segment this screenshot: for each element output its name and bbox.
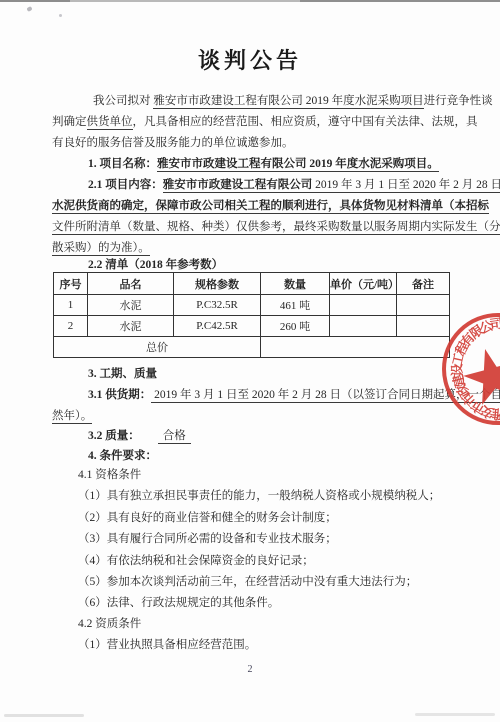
total-value-cell: [261, 337, 450, 358]
col-header-note: 备注: [397, 273, 450, 295]
scan-smudge: [415, 713, 495, 716]
section-1-project-name: 1. 项目名称：雅安市市政建设工程有限公司 2019 年度水泥采购项目。: [88, 155, 439, 171]
scan-smudge: [4, 714, 84, 717]
items-table: 序号 品名 规格参数 数量 单价（元/吨） 备注 1 水泥 P.C32.5R 4…: [53, 272, 450, 358]
section-2-1-line-2: 水泥供货商的确定，保障市政公司相关工程的顺利进行，具体货物见材料清单（本招标: [52, 197, 489, 213]
section-3-2-quality: 3.2 质量：合格: [88, 427, 191, 443]
cell-qty: 260 吨: [261, 316, 330, 337]
section-3-1-line-1: 3.1 供货期： 2019 年 3 月 1 日至 2020 年 2 月 28 日…: [88, 386, 500, 402]
section-2-1-line-1: 2.1 项目内容：雅安市市政建设工程有限公司 2019 年 3 月 1 日至 2…: [88, 176, 500, 192]
scan-speck: [59, 14, 62, 17]
scan-edge-artifact: [0, 0, 70, 2]
condition-item-6: （6）法律、行政法规规定的其他条件。: [78, 594, 279, 610]
table-header-row: 序号 品名 规格参数 数量 单价（元/吨） 备注: [54, 273, 450, 295]
condition-item-5: （5）参加本次谈判活动前三年，在经营活动中没有重大违法行为；: [78, 573, 417, 589]
condition-item-1: （1）具有独立承担民事责任的能力，一般纳税人资格或小规模纳税人；: [78, 487, 440, 503]
scanned-document-page: 谈判公告 我公司拟对 雅安市市政建设工程有限公司 2019 年度水泥采购项目进行…: [0, 0, 500, 722]
table-row: 1 水泥 P.C32.5R 461 吨: [54, 295, 450, 316]
col-header-price: 单价（元/吨）: [330, 273, 397, 295]
company-seal: 雅 安 市 市 政 建 设 工 程 有 限 公 司: [442, 313, 500, 433]
cell-spec: P.C42.5R: [174, 316, 261, 337]
section-2-2-heading: 2.2 清单（2018 年参考数）: [88, 256, 223, 272]
condition-item-4: （4）有依法纳税和社会保障资金的良好记录；: [78, 552, 314, 568]
page-number: 2: [0, 664, 500, 675]
cell-spec: P.C32.5R: [174, 295, 261, 316]
document-title: 谈判公告: [0, 44, 500, 75]
total-label-cell: 总价: [54, 337, 261, 358]
section-4-1-heading: 4.1 资格条件: [78, 466, 141, 482]
intro-line-1: 我公司拟对 雅安市市政建设工程有限公司 2019 年度水泥采购项目进行竞争性谈: [93, 92, 493, 108]
col-header-qty: 数量: [261, 273, 330, 295]
quality-value: 合格: [158, 430, 191, 444]
underlined-project-name: 雅安市市政建设工程有限公司 2019 年度水泥采购项目: [153, 95, 423, 109]
cell-seq: 2: [54, 316, 88, 337]
section-3-1-line-2: 然年）。: [52, 407, 92, 423]
col-header-seq: 序号: [54, 273, 88, 295]
intro-line-2: 判确定供货单位，凡具备相应的经营范围、相应资质，遵守中国有关法律、法规，具: [52, 113, 478, 129]
intro-line-3: 有良好的服务信誉及服务能力的单位诚邀参加。: [52, 134, 294, 150]
section-2-1-line-4: 散采购）的为准）。: [52, 239, 150, 255]
scan-edge-artifact: [300, 0, 500, 2]
cell-qty: 461 吨: [261, 295, 330, 316]
section-4-2-heading: 4.2 资质条件: [78, 615, 141, 631]
cell-price: [330, 316, 397, 337]
cell-item: 水泥: [88, 295, 174, 316]
underlined-supplier: 供货单位: [87, 116, 133, 130]
section-3-heading: 3. 工期、质量: [88, 365, 157, 381]
cell-item: 水泥: [88, 316, 174, 337]
table-row: 2 水泥 P.C42.5R 260 吨: [54, 316, 450, 337]
section-2-1-line-3: 文件所附清单（数量、规格、种类）仅供参考，最终采购数量以服务周期内实际发生（分: [52, 218, 500, 234]
cell-price: [330, 295, 397, 316]
cell-seq: 1: [54, 295, 88, 316]
col-header-item: 品名: [88, 273, 174, 295]
section-4-2-item-1: （1）营业执照具备相应经营范围。: [78, 636, 256, 652]
scan-speck: [26, 6, 32, 12]
condition-item-2: （2）具有良好的商业信誉和健全的财务会计制度；: [78, 509, 337, 525]
table-total-row: 总价: [54, 337, 450, 358]
col-header-spec: 规格参数: [174, 273, 261, 295]
section-4-heading: 4. 条件要求：: [88, 447, 157, 463]
condition-item-3: （3）具有履行合同所必需的设备和专业技术服务；: [78, 530, 337, 546]
